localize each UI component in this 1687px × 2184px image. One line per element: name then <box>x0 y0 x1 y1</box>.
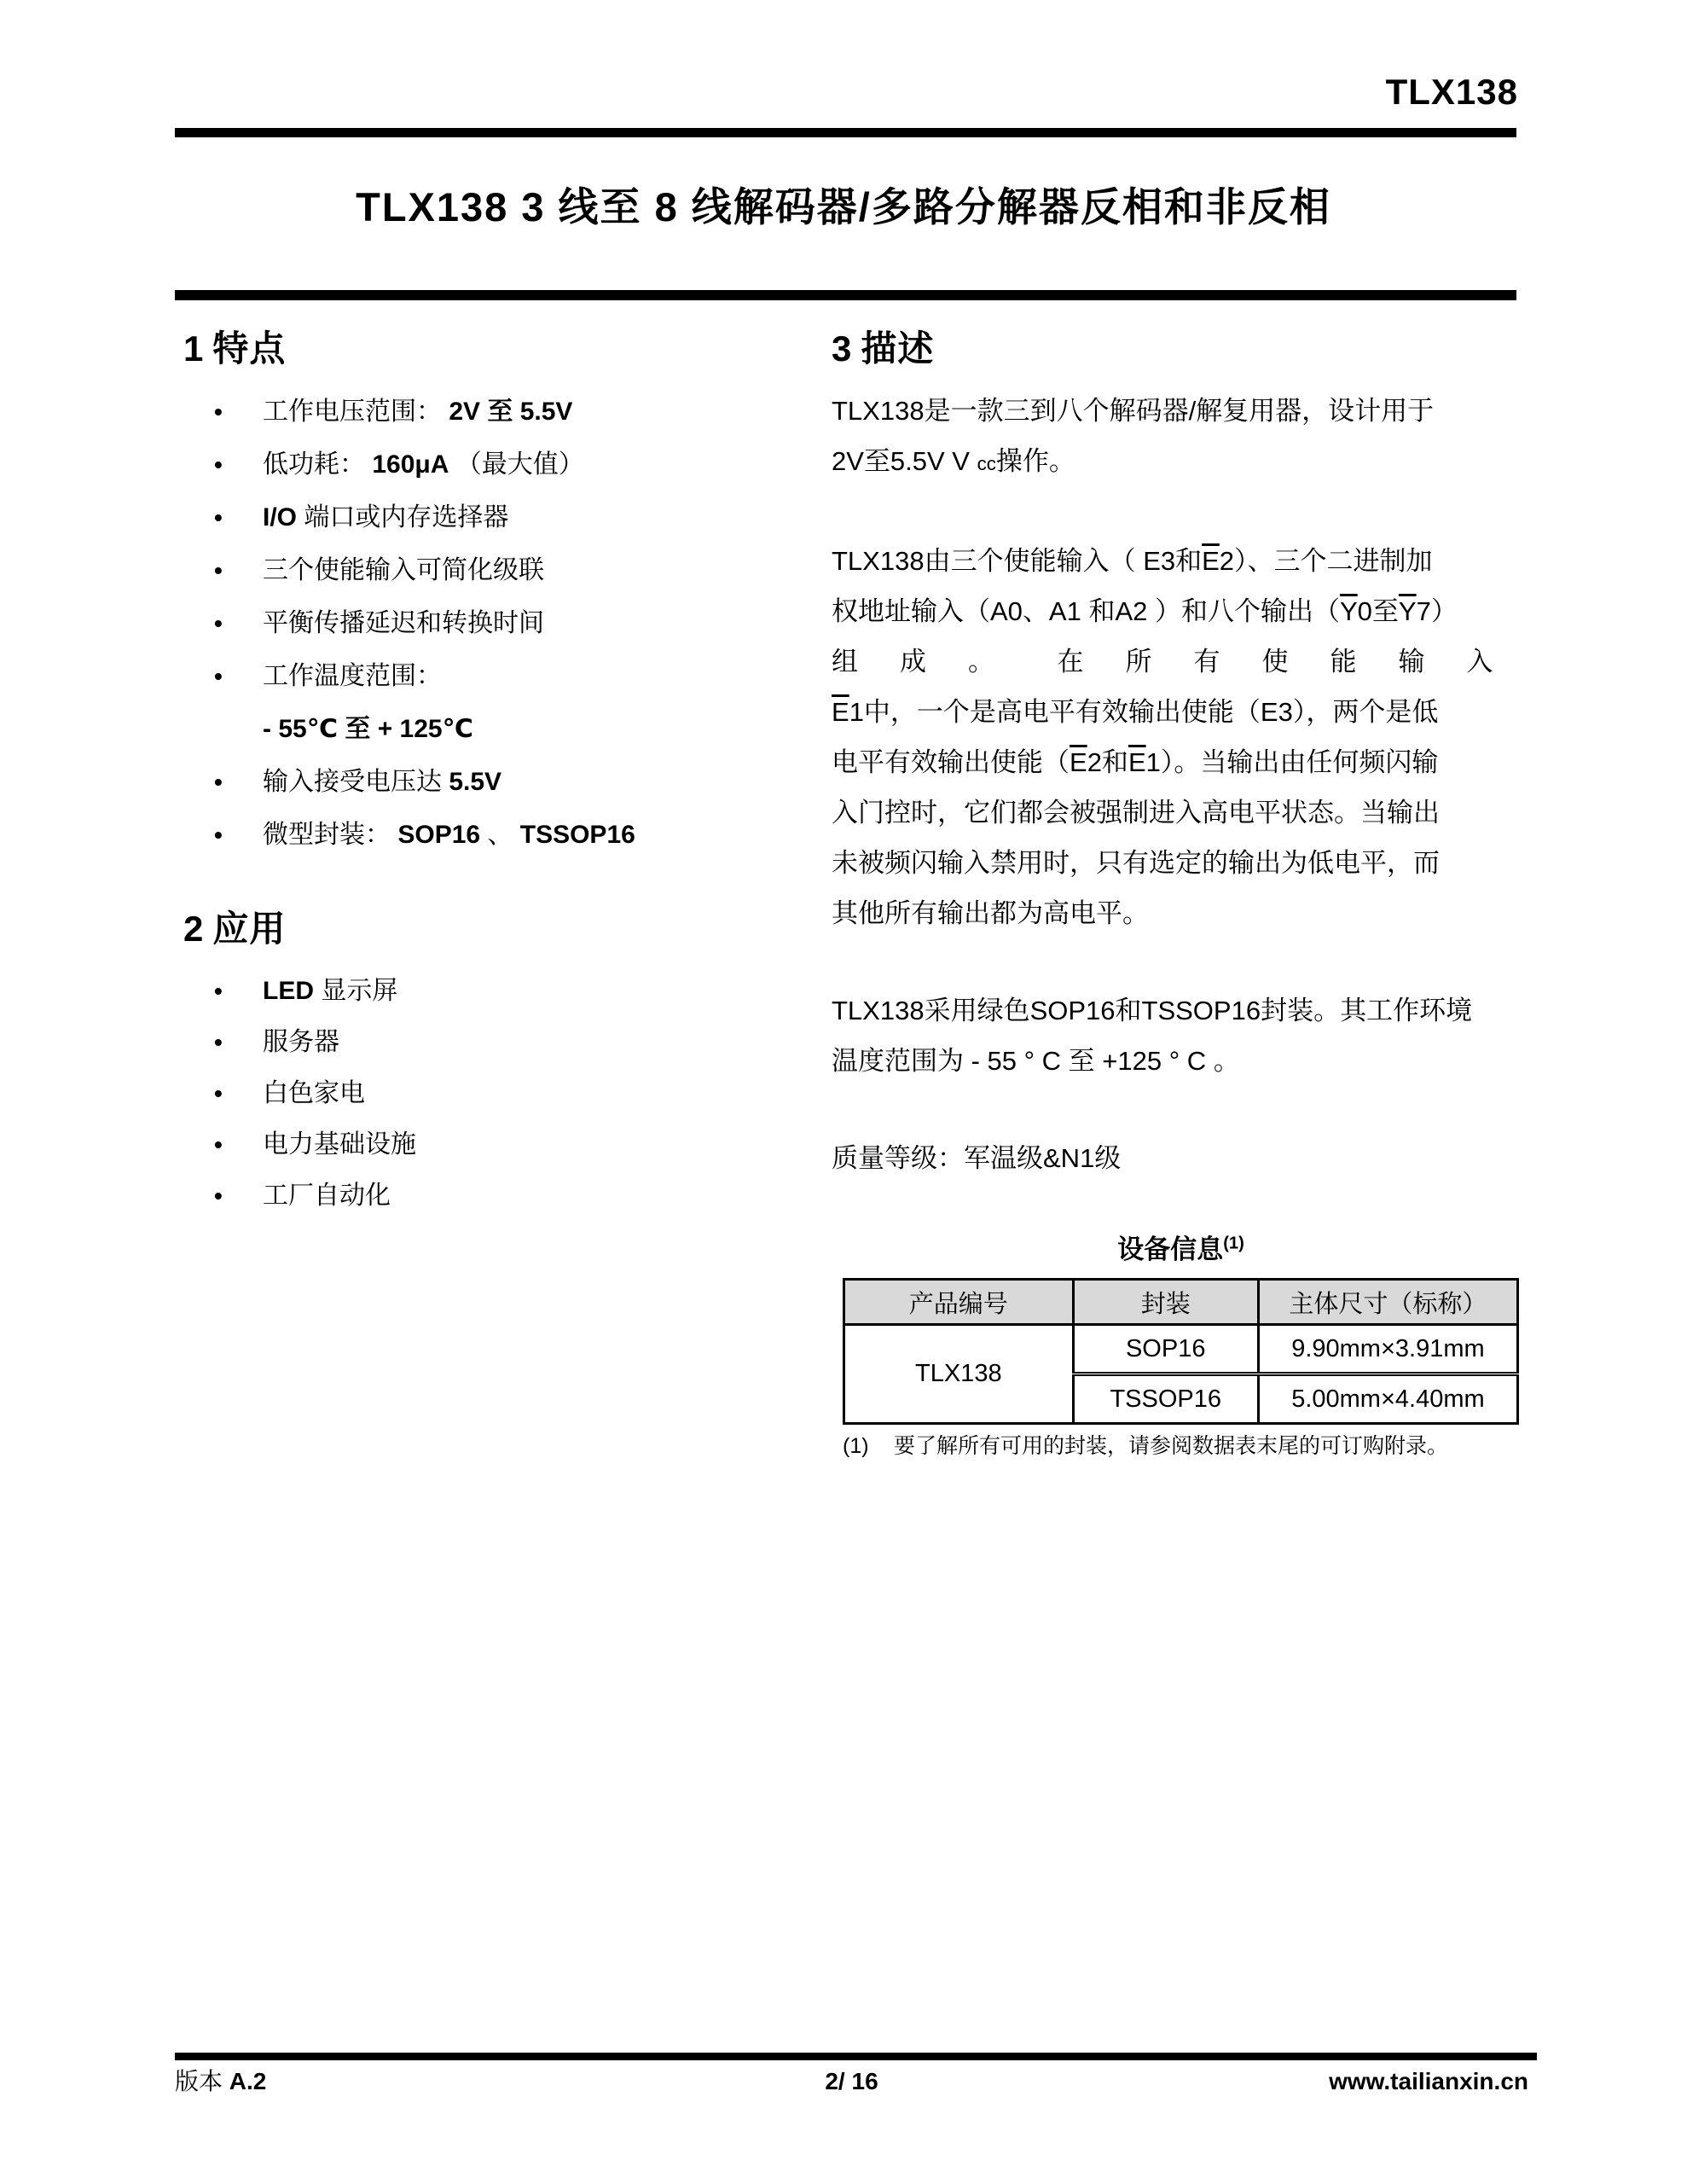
table-cell-package: SOP16 <box>1073 1325 1258 1374</box>
text-run: SOP16 <box>397 821 480 849</box>
device-info: 设备信息(1) 产品编号 封装 主体尺寸（标称） TLX138 SOP16 9.… <box>843 1228 1519 1461</box>
list-item: •平衡传播延迟和转换时间 <box>183 597 780 650</box>
text-run: Y <box>1399 596 1417 626</box>
text-run: 端口或内存选择器 <box>297 503 508 531</box>
text-run: 显示屏 <box>314 977 397 1005</box>
list-item-label: LED 显示屏 <box>263 966 780 1017</box>
table-header-size: 主体尺寸（标称） <box>1258 1280 1517 1325</box>
text-run: 白色家电 <box>263 1079 365 1107</box>
paragraph-line: TLX138是一款三到八个解码器/解复用器，设计用于 <box>832 386 1519 436</box>
text-run: 操作。 <box>996 446 1075 476</box>
text-run: 7） <box>1417 596 1458 626</box>
header-divider <box>175 128 1516 137</box>
list-item: •工厂自动化 <box>183 1170 780 1222</box>
table-cell-size: 5.00mm×4.40mm <box>1258 1374 1517 1424</box>
text-run: 质量等级：军温级&N1级 <box>832 1143 1121 1173</box>
paragraph-line: 未被频闪输入禁用时，只有选定的输出为低电平，而 <box>832 838 1519 888</box>
paragraph-line: 入门控时，它们都会被强制进入高电平状态。当输出 <box>832 787 1519 838</box>
list-item: •三个使能输入可简化级联 <box>183 544 780 597</box>
paragraph: TLX138采用绿色SOP16和TSSOP16封装。其工作环境温度范围为 - 5… <box>832 985 1519 1086</box>
text-run: 平衡传播延迟和转换时间 <box>263 609 544 637</box>
text-run: I/O <box>263 503 297 531</box>
text-run: E <box>1128 747 1146 777</box>
bullet-icon: • <box>183 1119 263 1170</box>
text-run: 2）、三个二进制加 <box>1220 546 1433 576</box>
text-run: cc <box>977 453 996 474</box>
footer-divider <box>175 2053 1537 2060</box>
device-info-title: 设备信息(1) <box>843 1228 1519 1266</box>
text-run: 2V至5.5V V <box>832 446 977 476</box>
list-item: •输入接受电压达 5.5V <box>183 756 780 809</box>
text-run: TLX138是一款三到八个解码器/解复用器，设计用于 <box>832 396 1434 426</box>
list-item-label: I/O 端口或内存选择器 <box>263 491 780 544</box>
bullet-icon: • <box>183 966 263 1017</box>
text-run: 电平有效输出使能（ <box>832 747 1070 777</box>
paragraph-line: E1中，一个是高电平有效输出使能（E3），两个是低 <box>832 687 1519 737</box>
text-run: 三个使能输入可简化级联 <box>263 556 544 584</box>
text-run: 输入接受电压达 <box>263 768 449 796</box>
section-label: 应用 <box>212 909 286 949</box>
list-item: •白色家电 <box>183 1068 780 1119</box>
text-run: 低功耗： <box>263 450 372 479</box>
paragraph-line: 2V至5.5V V cc操作。 <box>832 436 1519 489</box>
device-info-table: 产品编号 封装 主体尺寸（标称） TLX138 SOP16 9.90mm×3.9… <box>843 1278 1519 1425</box>
table-cell-package: TSSOP16 <box>1073 1374 1258 1424</box>
bullet-icon: • <box>183 1017 263 1068</box>
text-run: 未被频闪输入禁用时，只有选定的输出为低电平，而 <box>832 848 1440 878</box>
bullet-icon: • <box>183 439 263 491</box>
features-list: •工作电压范围： 2V 至 5.5V•低功耗： 160μA （最大值）•I/O … <box>183 386 780 862</box>
text-run: 服务器 <box>263 1028 339 1056</box>
text-run: 0至 <box>1358 596 1399 626</box>
list-item: •工作电压范围： 2V 至 5.5V <box>183 386 780 439</box>
bullet-icon: • <box>183 544 263 597</box>
list-item: •微型封装： SOP16 、 TSSOP16 <box>183 809 780 862</box>
text-run: E <box>1202 546 1220 576</box>
text-run: 微型封装： <box>263 821 397 849</box>
section-heading-description: 3描述 <box>832 321 1519 372</box>
list-item: - 55℃ 至 + 125℃ <box>183 703 780 756</box>
bullet-icon: • <box>183 1068 263 1119</box>
text-run: - 55℃ 至 + 125℃ <box>263 715 473 743</box>
section-label: 特点 <box>212 328 286 369</box>
text-run: 工厂自动化 <box>263 1182 391 1210</box>
section-number: 2 <box>183 909 204 949</box>
text-run: Y <box>1340 596 1358 626</box>
list-item-label: 输入接受电压达 5.5V <box>263 756 780 809</box>
text-run: TLX138由三个使能输入（ E3和 <box>832 546 1202 576</box>
section-heading-applications: 2应用 <box>183 901 780 952</box>
paragraph-line: 电平有效输出使能（E2和E1）。当输出由任何频闪输 <box>832 737 1519 787</box>
text-run: 温度范围为 - 55 ° C 至 +125 ° C 。 <box>832 1046 1240 1076</box>
list-item-label: 工作电压范围： 2V 至 5.5V <box>263 386 780 439</box>
list-item-label: 电力基础设施 <box>263 1119 780 1170</box>
bullet-icon: • <box>183 386 263 439</box>
list-item-label: 工厂自动化 <box>263 1170 780 1222</box>
text-run: 电力基础设施 <box>263 1130 416 1159</box>
footer: 2/ 16 版本 A.2 www.tailianxin.cn <box>175 2065 1528 2099</box>
list-item-label: 工作温度范围： <box>263 650 780 703</box>
text-run: 权地址输入（A0、A1 和A2 ）和八个输出（ <box>832 596 1340 626</box>
list-item: •电力基础设施 <box>183 1119 780 1170</box>
paragraph-line: 组 成 。 在 所 有 使 能 输 入 <box>832 636 1519 687</box>
paragraph: TLX138是一款三到八个解码器/解复用器，设计用于2V至5.5V V cc操作… <box>832 386 1519 489</box>
table-cell-part: TLX138 <box>844 1325 1074 1424</box>
section-number: 3 <box>832 328 852 369</box>
bullet-icon: • <box>183 809 263 862</box>
footer-website: www.tailianxin.cn <box>1329 2065 1528 2099</box>
footer-version: 版本 A.2 <box>175 2065 266 2099</box>
bullet-icon: • <box>183 597 263 650</box>
bullet-icon: • <box>183 756 263 809</box>
document-page: { "header": { "part_number": "TLX138", "… <box>0 0 1687 2184</box>
title-divider <box>175 290 1516 300</box>
left-column: 1特点 •工作电压范围： 2V 至 5.5V•低功耗： 160μA （最大值）•… <box>183 321 780 1222</box>
paragraph-line: 温度范围为 - 55 ° C 至 +125 ° C 。 <box>832 1036 1519 1086</box>
text-run: 其他所有输出都为高电平。 <box>832 898 1149 928</box>
applications-list: •LED 显示屏•服务器•白色家电•电力基础设施•工厂自动化 <box>183 966 780 1222</box>
description-paragraphs: TLX138是一款三到八个解码器/解复用器，设计用于2V至5.5V V cc操作… <box>832 386 1519 1183</box>
table-header-part: 产品编号 <box>844 1280 1074 1325</box>
text-run: 入门控时，它们都会被强制进入高电平状态。当输出 <box>832 798 1440 828</box>
bullet-icon: • <box>183 1170 263 1222</box>
page-title: TLX138 3 线至 8 线解码器/多路分解器反相和非反相 <box>0 176 1687 233</box>
text-run: E <box>832 697 849 727</box>
paragraph: TLX138由三个使能输入（ E3和E2）、三个二进制加权地址输入（A0、A1 … <box>832 536 1519 938</box>
text-run: LED <box>263 977 314 1005</box>
list-item-label: 低功耗： 160μA （最大值） <box>263 439 780 491</box>
text-run: （最大值） <box>449 450 583 479</box>
table-header-row: 产品编号 封装 主体尺寸（标称） <box>844 1280 1518 1325</box>
bullet-icon: • <box>183 650 263 703</box>
table-row: TLX138 SOP16 9.90mm×3.91mm <box>844 1325 1518 1374</box>
footnote-text: 要了解所有可用的封装，请参阅数据表末尾的可订购附录。 <box>894 1432 1448 1461</box>
table-cell-size: 9.90mm×3.91mm <box>1258 1325 1517 1374</box>
text-run: TSSOP16 <box>520 821 635 849</box>
paragraph-line: TLX138由三个使能输入（ E3和E2）、三个二进制加 <box>832 536 1519 586</box>
text-run: 1）。当输出由任何频闪输 <box>1146 747 1439 777</box>
list-item: •LED 显示屏 <box>183 966 780 1017</box>
footer-page-number: 2/ 16 <box>175 2065 1528 2099</box>
bullet-icon: • <box>183 491 263 544</box>
paragraph-line: 质量等级：军温级&N1级 <box>832 1133 1519 1183</box>
section-heading-features: 1特点 <box>183 321 780 372</box>
text-run: 1中，一个是高电平有效输出使能（E3），两个是低 <box>849 697 1439 727</box>
text-run: E <box>1070 747 1087 777</box>
text-run: 工作电压范围： <box>263 398 449 426</box>
text-run: TLX138采用绿色SOP16和TSSOP16封装。其工作环境 <box>832 996 1472 1025</box>
list-item: •低功耗： 160μA （最大值） <box>183 439 780 491</box>
text-run: 2和 <box>1087 747 1128 777</box>
text-run: 组 成 。 在 所 有 使 能 输 入 <box>832 647 1501 677</box>
list-item: •I/O 端口或内存选择器 <box>183 491 780 544</box>
section-label: 描述 <box>861 328 934 369</box>
list-item-label: - 55℃ 至 + 125℃ <box>263 703 780 756</box>
text-run: 、 <box>480 821 520 849</box>
list-item: •工作温度范围： <box>183 650 780 703</box>
list-item-label: 微型封装： SOP16 、 TSSOP16 <box>263 809 780 862</box>
paragraph-line: 其他所有输出都为高电平。 <box>832 888 1519 938</box>
table-header-package: 封装 <box>1073 1280 1258 1325</box>
list-item-label: 服务器 <box>263 1017 780 1068</box>
footer-version-value: A.2 <box>229 2068 267 2094</box>
footnote-number: (1) <box>843 1432 894 1461</box>
paragraph-line: TLX138采用绿色SOP16和TSSOP16封装。其工作环境 <box>832 985 1519 1036</box>
text-run: 5.5V <box>449 768 501 796</box>
list-item: •服务器 <box>183 1017 780 1068</box>
section-number: 1 <box>183 328 204 369</box>
device-info-title-text: 设备信息 <box>1117 1234 1223 1264</box>
footnote-marker: (1) <box>1223 1234 1244 1253</box>
list-item-label: 白色家电 <box>263 1068 780 1119</box>
list-item-label: 平衡传播延迟和转换时间 <box>263 597 780 650</box>
footer-version-label: 版本 <box>175 2068 229 2094</box>
text-run: 2V 至 5.5V <box>449 398 572 426</box>
list-item-label: 三个使能输入可简化级联 <box>263 544 780 597</box>
header-part-number: TLX138 <box>1386 72 1518 113</box>
text-run: 160μA <box>372 450 449 479</box>
text-run: 工作温度范围： <box>263 662 442 690</box>
paragraph: 质量等级：军温级&N1级 <box>832 1133 1519 1183</box>
paragraph-line: 权地址输入（A0、A1 和A2 ）和八个输出（Y0至Y7） <box>832 586 1519 636</box>
table-footnote: (1) 要了解所有可用的封装，请参阅数据表末尾的可订购附录。 <box>843 1432 1519 1461</box>
right-column: 3描述 TLX138是一款三到八个解码器/解复用器，设计用于2V至5.5V V … <box>832 321 1519 1461</box>
